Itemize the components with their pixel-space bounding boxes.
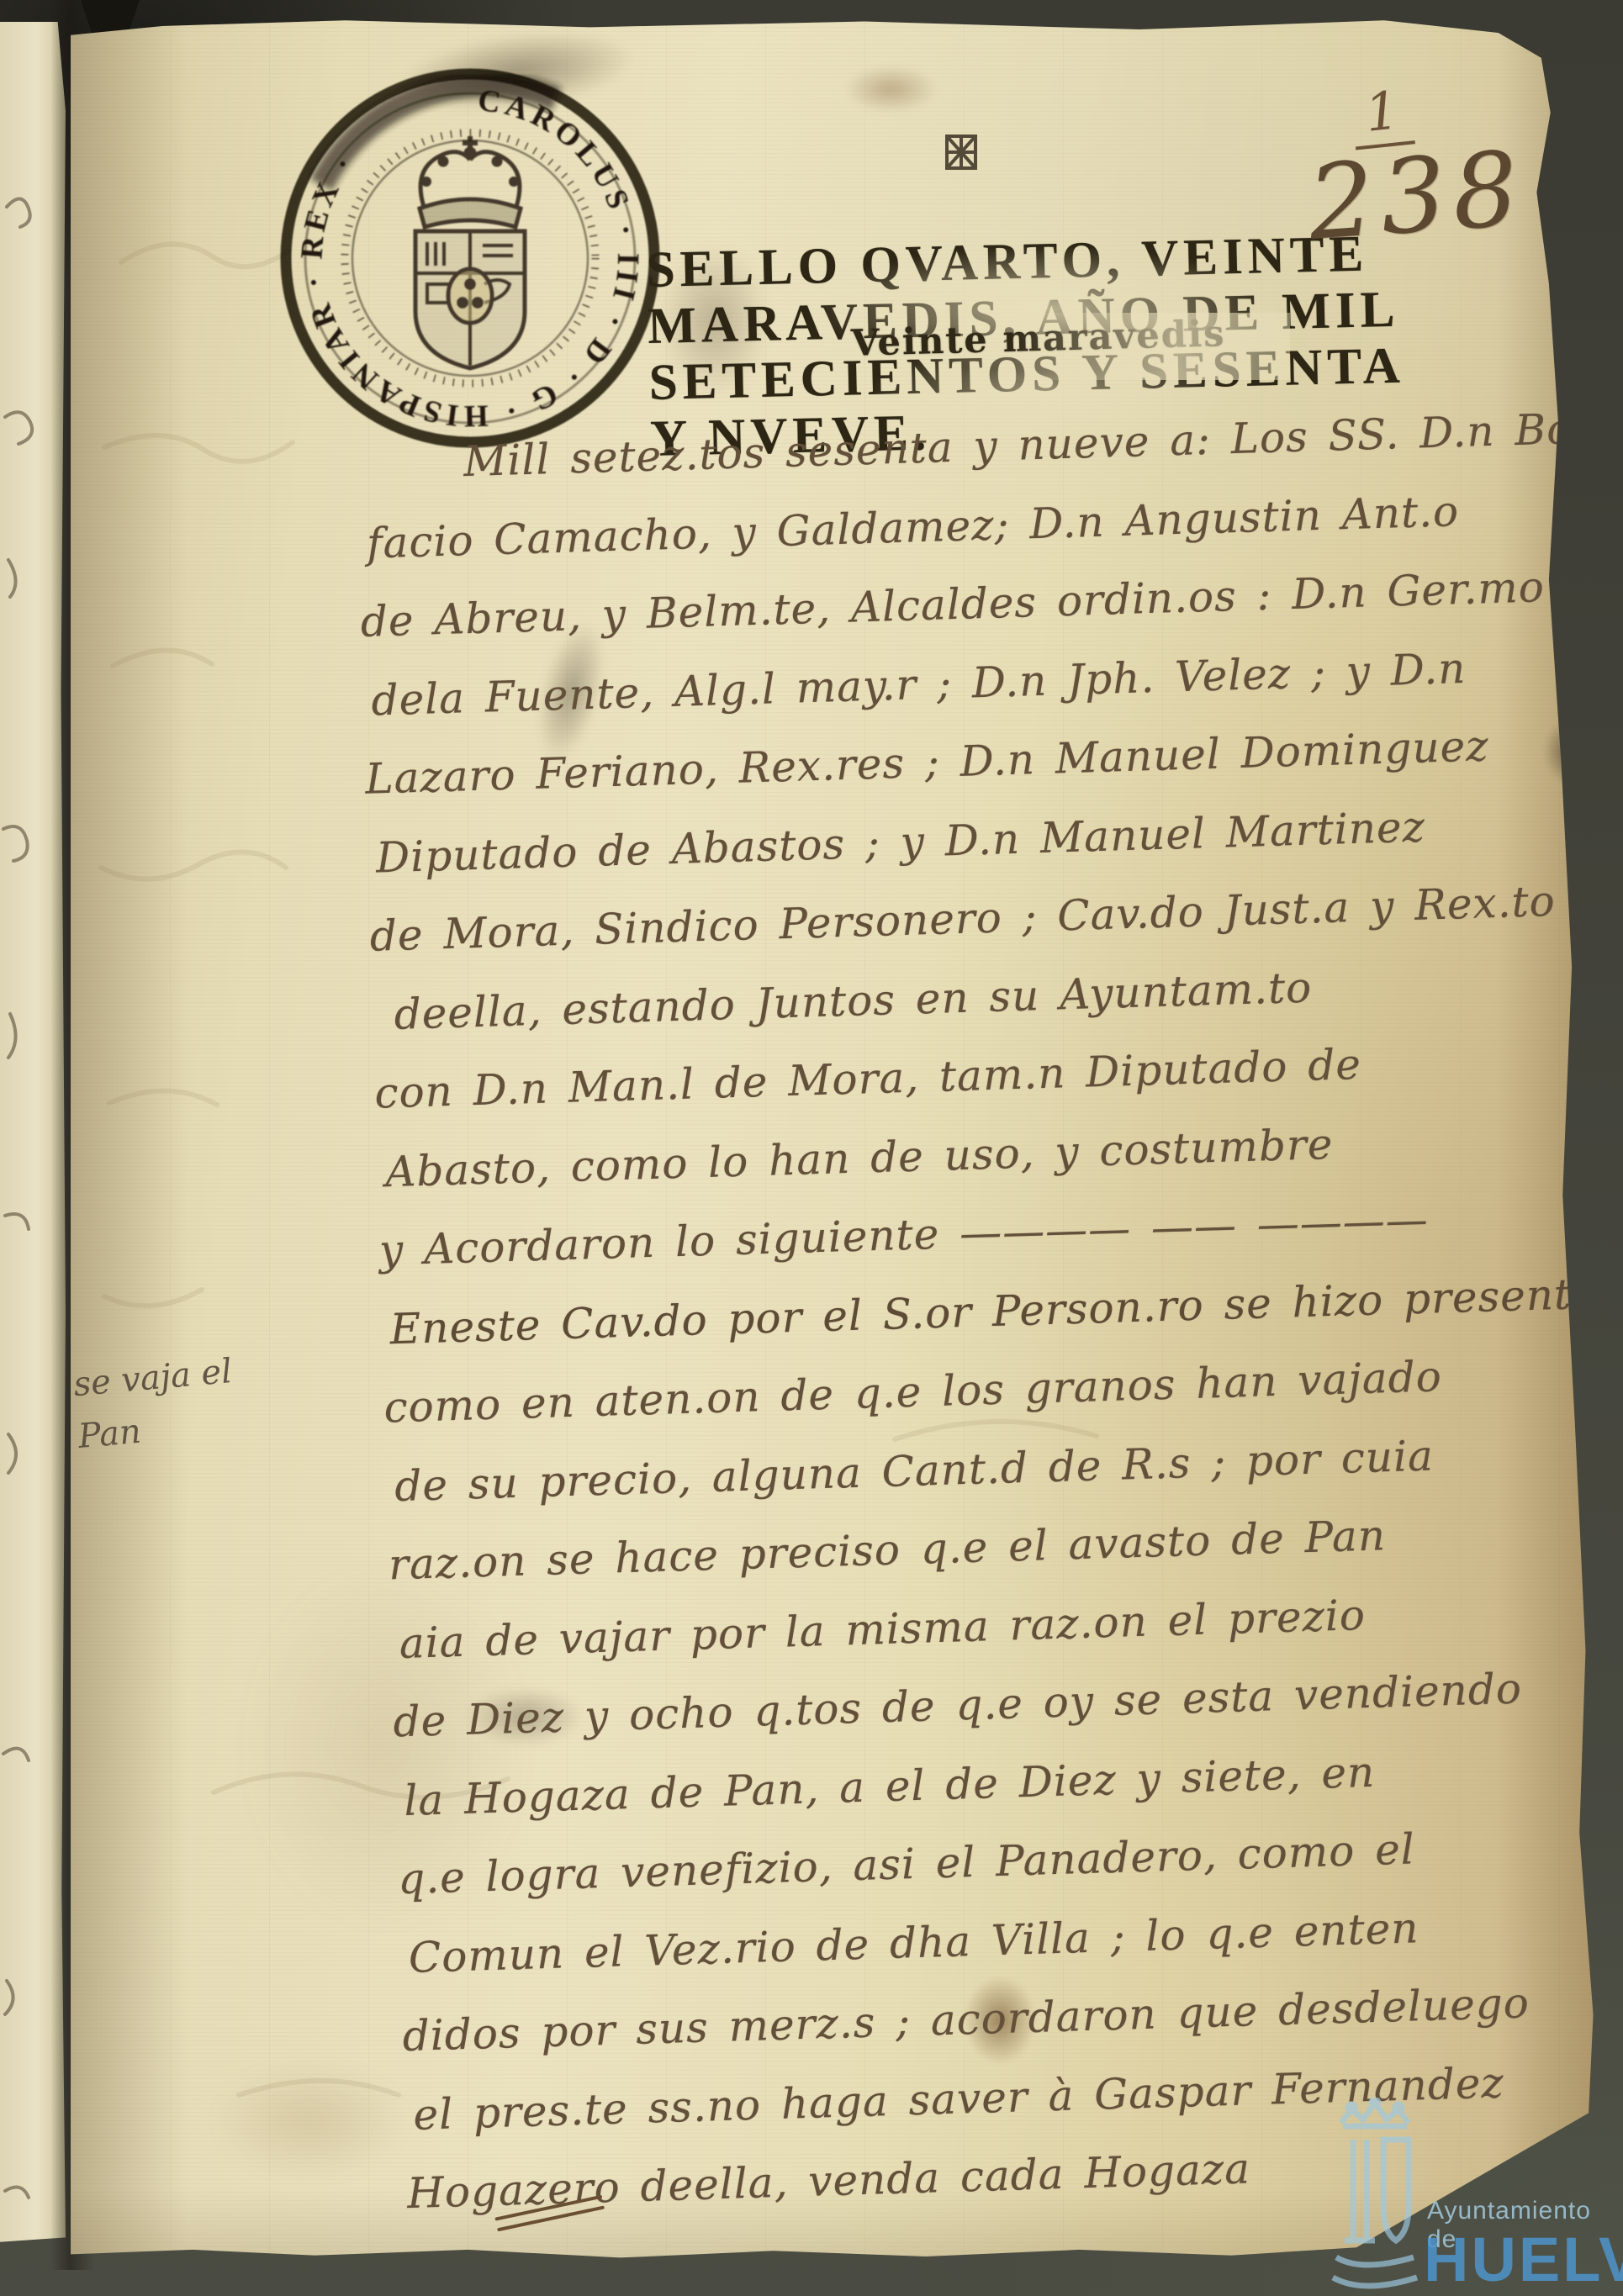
huelva-watermark: Ayuntamiento de HUELVA <box>1324 2098 1623 2296</box>
print-fading <box>1012 313 1290 380</box>
royal-seal-stamp: CAROLUS · III · D · G · HISPANIAR · REX … <box>271 59 669 457</box>
seal-shield <box>415 231 525 368</box>
folio-number: 238 <box>1304 129 1528 263</box>
margin-note: se vaja el Pan <box>71 1345 239 1463</box>
seal-crown <box>420 136 521 227</box>
huelva-crest-icon <box>1324 2098 1425 2296</box>
cross-ornament-stamp <box>942 128 981 177</box>
manuscript-body: Mill setez.tos sesenta y nueve a: Los SS… <box>355 392 1623 2235</box>
watermark-title: HUELVA <box>1424 2224 1623 2295</box>
document-page: CAROLUS · III · D · G · HISPANIAR · REX … <box>71 10 1598 2288</box>
